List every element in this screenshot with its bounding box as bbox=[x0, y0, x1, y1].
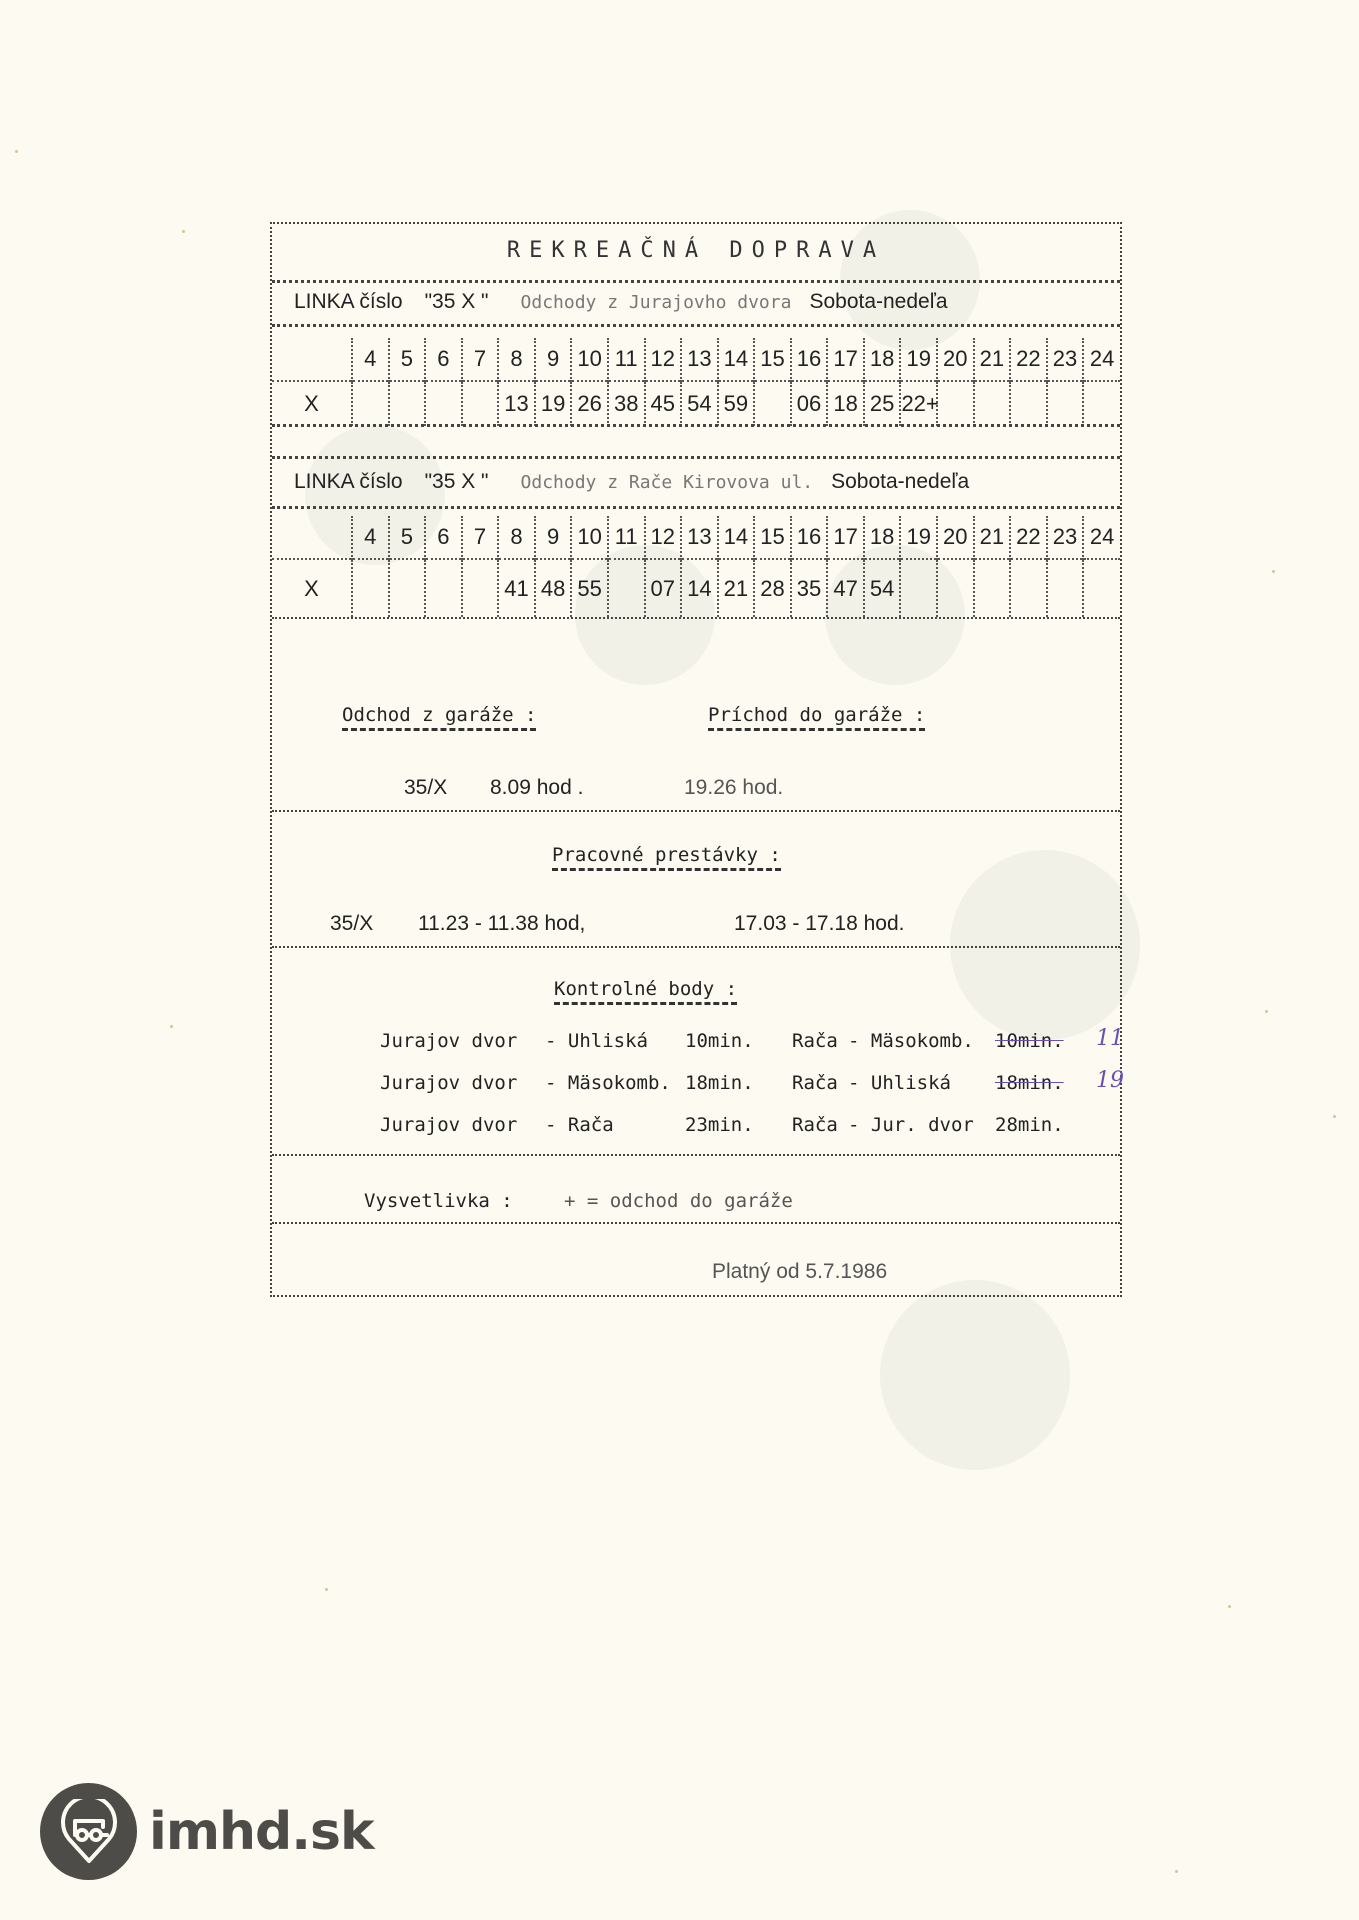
paper-speck bbox=[170, 1025, 173, 1028]
timetable-frame: REKREAČNÁ DOPRAVA LINKA číslo"35 X "Odch… bbox=[270, 222, 1122, 1297]
hour-cell: 8 bbox=[498, 338, 535, 381]
minute-cell: 14 bbox=[681, 559, 718, 617]
minute-cell: 45 bbox=[645, 381, 682, 426]
minute-cell: 07 bbox=[645, 559, 682, 617]
hour-cell: 14 bbox=[718, 516, 755, 559]
minute-cell bbox=[974, 559, 1011, 617]
hour-cell: 19 bbox=[900, 338, 937, 381]
minute-cell: 21 bbox=[718, 559, 755, 617]
minute-cell: 19 bbox=[535, 381, 572, 426]
hour-cell: 9 bbox=[535, 516, 572, 559]
row-label: X bbox=[272, 381, 352, 426]
hour-cell: 5 bbox=[389, 516, 426, 559]
divider bbox=[272, 1222, 1120, 1224]
minute-cell bbox=[389, 559, 426, 617]
paper-speck bbox=[1228, 1605, 1231, 1608]
line-label: LINKA číslo bbox=[294, 290, 403, 313]
hour-cell: 24 bbox=[1083, 338, 1120, 381]
divider bbox=[272, 810, 1120, 812]
line-2-header: LINKA číslo"35 X "Odchody z Rače Kirovov… bbox=[294, 470, 969, 494]
garage-departure-time: 8.09 hod . bbox=[490, 776, 583, 800]
divider bbox=[272, 506, 1120, 509]
watermark-logo bbox=[880, 1280, 1070, 1470]
line-departures-from: Odchody z Rače Kirovova ul. bbox=[521, 472, 814, 493]
cp-to2: - Jur. dvor bbox=[848, 1114, 974, 1136]
cp-from: Jurajov dvor bbox=[380, 1114, 517, 1136]
hour-cell: 16 bbox=[791, 338, 828, 381]
garage-arrival-time: 19.26 hod. bbox=[684, 776, 783, 800]
hour-cell: 15 bbox=[754, 516, 791, 559]
legend-label: Vysvetlivka : bbox=[364, 1190, 513, 1212]
minute-cell: 55 bbox=[571, 559, 608, 617]
cp-from2: Rača bbox=[792, 1072, 838, 1094]
minute-cell bbox=[462, 559, 499, 617]
garage-arrival-heading: Príchod do garáže : bbox=[708, 704, 925, 731]
hour-cell: 20 bbox=[937, 516, 974, 559]
hour-cell: 24 bbox=[1083, 516, 1120, 559]
hour-cell: 19 bbox=[900, 516, 937, 559]
hour-cell: 16 bbox=[791, 516, 828, 559]
minute-cell bbox=[608, 559, 645, 617]
hour-cell: 18 bbox=[864, 516, 901, 559]
minute-cell: 47 bbox=[827, 559, 864, 617]
hour-cell: 22 bbox=[1010, 338, 1047, 381]
hour-cell: 13 bbox=[681, 338, 718, 381]
minute-cell bbox=[974, 381, 1011, 426]
divider bbox=[272, 456, 1120, 459]
hour-cell: 7 bbox=[462, 338, 499, 381]
hour-cell: 20 bbox=[937, 338, 974, 381]
hour-cell: 21 bbox=[974, 338, 1011, 381]
divider bbox=[272, 324, 1120, 327]
cp-time2: 28min. bbox=[995, 1114, 1064, 1136]
minute-cell bbox=[1083, 559, 1120, 617]
hour-cell: 4 bbox=[352, 516, 389, 559]
cp-to: - Uhliská bbox=[545, 1030, 648, 1052]
line-departures-from: Odchody z Jurajovho dvora bbox=[521, 292, 792, 313]
minute-cell: 28 bbox=[754, 559, 791, 617]
divider bbox=[272, 617, 1120, 619]
hour-cell: 23 bbox=[1047, 338, 1084, 381]
hour-cell: 4 bbox=[352, 338, 389, 381]
minute-cell: 22+ bbox=[900, 381, 937, 426]
cp-from2: Rača bbox=[792, 1114, 838, 1136]
hour-cell: 22 bbox=[1010, 516, 1047, 559]
break-2: 17.03 - 17.18 hod. bbox=[734, 912, 904, 936]
divider bbox=[272, 946, 1120, 948]
row-label: X bbox=[272, 559, 352, 617]
minute-cell bbox=[754, 381, 791, 426]
line-days: Sobota-nedeľa bbox=[809, 290, 947, 313]
minute-cell bbox=[462, 381, 499, 426]
line-2-timetable-grid: 456789101112131415161718192021222324 X41… bbox=[272, 516, 1120, 617]
cp-to2: - Mäsokomb. bbox=[848, 1030, 974, 1052]
minute-cell: 25 bbox=[864, 381, 901, 426]
cp-time: 23min. bbox=[685, 1114, 754, 1136]
paper-speck bbox=[1175, 1870, 1178, 1873]
bus-pin-icon bbox=[40, 1783, 137, 1880]
cp-time: 18min. bbox=[685, 1072, 754, 1094]
cp-handwritten-correction: 19 bbox=[1096, 1068, 1124, 1093]
row-label-blank bbox=[272, 338, 352, 381]
hour-cell: 14 bbox=[718, 338, 755, 381]
minute-cell bbox=[1010, 559, 1047, 617]
minute-cell bbox=[425, 381, 462, 426]
minute-cell: 18 bbox=[827, 381, 864, 426]
logo-wordmark: imhd.sk bbox=[149, 1802, 374, 1862]
minute-cell bbox=[937, 559, 974, 617]
line-label: LINKA číslo bbox=[294, 470, 403, 493]
minute-cell: 54 bbox=[864, 559, 901, 617]
line-number: "35 X " bbox=[425, 470, 489, 493]
hour-cell: 10 bbox=[571, 516, 608, 559]
minutes-row: X41485507142128354754 bbox=[272, 559, 1120, 617]
hour-cell: 21 bbox=[974, 516, 1011, 559]
line-1-header: LINKA číslo"35 X "Odchody z Jurajovho dv… bbox=[294, 290, 948, 314]
minute-cell: 54 bbox=[681, 381, 718, 426]
cp-from: Jurajov dvor bbox=[380, 1072, 517, 1094]
hour-cell: 18 bbox=[864, 338, 901, 381]
paper-speck bbox=[1272, 570, 1275, 573]
minute-cell bbox=[1010, 381, 1047, 426]
minute-cell: 38 bbox=[608, 381, 645, 426]
minute-cell: 41 bbox=[498, 559, 535, 617]
minute-cell: 59 bbox=[718, 381, 755, 426]
hour-cell: 6 bbox=[425, 338, 462, 381]
hour-cell: 5 bbox=[389, 338, 426, 381]
legend-text: + = odchod do garáže bbox=[564, 1190, 793, 1212]
cp-time2: 18min. bbox=[995, 1072, 1064, 1094]
hour-cell: 23 bbox=[1047, 516, 1084, 559]
hour-cell: 13 bbox=[681, 516, 718, 559]
hours-row: 456789101112131415161718192021222324 bbox=[272, 516, 1120, 559]
hour-cell: 8 bbox=[498, 516, 535, 559]
divider bbox=[272, 424, 1120, 427]
minute-cell bbox=[352, 559, 389, 617]
hour-cell: 15 bbox=[754, 338, 791, 381]
document-title: REKREAČNÁ DOPRAVA bbox=[272, 238, 1120, 263]
minute-cell bbox=[389, 381, 426, 426]
cp-to2: - Uhliská bbox=[848, 1072, 951, 1094]
minute-cell bbox=[1047, 559, 1084, 617]
paper-speck bbox=[325, 1588, 328, 1591]
hour-cell: 12 bbox=[645, 516, 682, 559]
hour-cell: 17 bbox=[827, 338, 864, 381]
hour-cell: 17 bbox=[827, 516, 864, 559]
hour-cell: 7 bbox=[462, 516, 499, 559]
hour-cell: 12 bbox=[645, 338, 682, 381]
paper-speck bbox=[182, 230, 185, 233]
paper-speck bbox=[15, 150, 18, 153]
minute-cell: 48 bbox=[535, 559, 572, 617]
garage-departure-heading: Odchod z garáže : bbox=[342, 704, 536, 731]
minute-cell bbox=[352, 381, 389, 426]
hour-cell: 11 bbox=[608, 338, 645, 381]
line-days: Sobota-nedeľa bbox=[831, 470, 969, 493]
validity-date: Platný od 5.7.1986 bbox=[712, 1260, 887, 1284]
garage-service: 35/X bbox=[404, 776, 447, 800]
minute-cell: 06 bbox=[791, 381, 828, 426]
line-number: "35 X " bbox=[425, 290, 489, 313]
paper-speck bbox=[1333, 1115, 1336, 1118]
minute-cell bbox=[1047, 381, 1084, 426]
minute-cell bbox=[1083, 381, 1120, 426]
minute-cell bbox=[425, 559, 462, 617]
hour-cell: 9 bbox=[535, 338, 572, 381]
cp-handwritten-correction: 11 bbox=[1096, 1026, 1124, 1051]
minutes-row: X1319263845545906182522+ bbox=[272, 381, 1120, 426]
breaks-heading: Pracovné prestávky : bbox=[552, 844, 781, 871]
minute-cell bbox=[900, 559, 937, 617]
minute-cell: 26 bbox=[571, 381, 608, 426]
imhd-logo[interactable]: imhd.sk bbox=[40, 1783, 374, 1880]
row-label-blank bbox=[272, 516, 352, 559]
break-1: 11.23 - 11.38 hod, bbox=[418, 912, 585, 936]
hours-row: 456789101112131415161718192021222324 bbox=[272, 338, 1120, 381]
minute-cell: 35 bbox=[791, 559, 828, 617]
divider bbox=[272, 1154, 1120, 1156]
divider bbox=[272, 280, 1120, 283]
breaks-service: 35/X bbox=[330, 912, 373, 936]
cp-time2: 10min. bbox=[995, 1030, 1064, 1052]
paper-speck bbox=[1265, 1010, 1268, 1013]
cp-to: - Rača bbox=[545, 1114, 614, 1136]
line-1-timetable-grid: 456789101112131415161718192021222324 X13… bbox=[272, 338, 1120, 426]
cp-from: Jurajov dvor bbox=[380, 1030, 517, 1052]
hour-cell: 11 bbox=[608, 516, 645, 559]
control-points-heading: Kontrolné body : bbox=[554, 978, 737, 1005]
hour-cell: 6 bbox=[425, 516, 462, 559]
cp-to: - Mäsokomb. bbox=[545, 1072, 671, 1094]
hour-cell: 10 bbox=[571, 338, 608, 381]
minute-cell bbox=[937, 381, 974, 426]
cp-time: 10min. bbox=[685, 1030, 754, 1052]
minute-cell: 13 bbox=[498, 381, 535, 426]
cp-from2: Rača bbox=[792, 1030, 838, 1052]
